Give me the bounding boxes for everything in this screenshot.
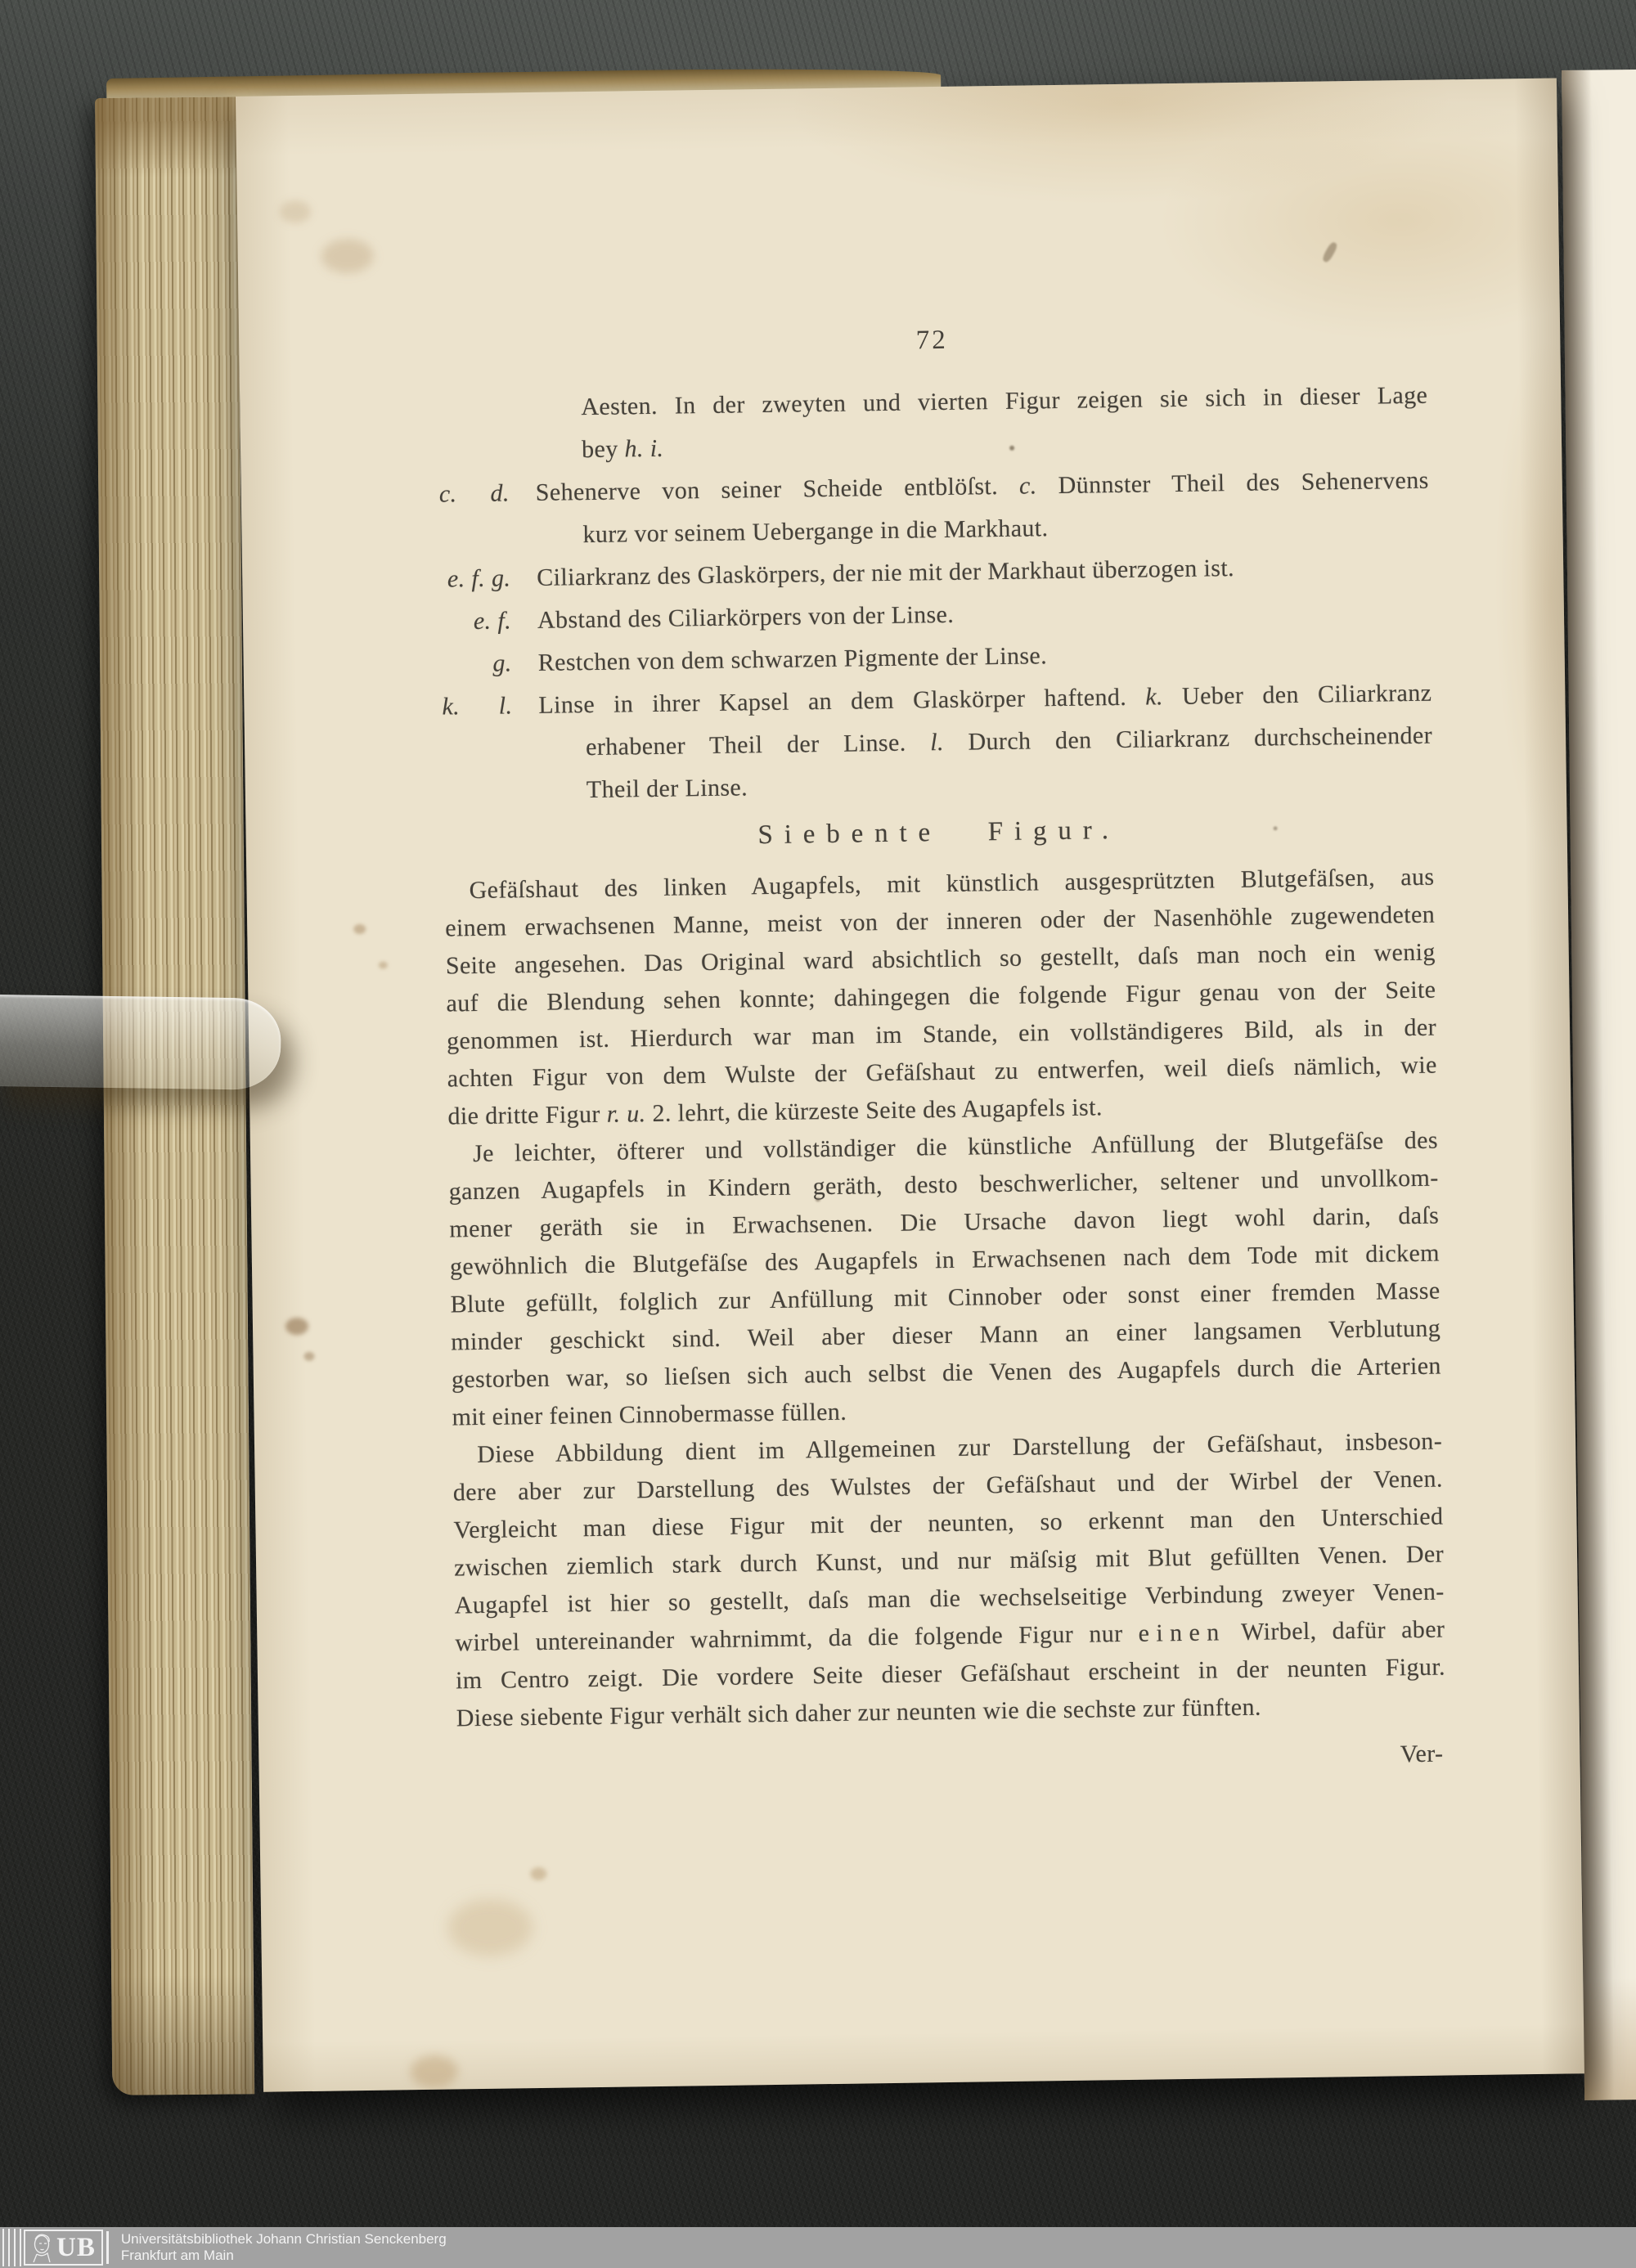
foxing-stain [379,962,388,969]
list-item-label: c. d. [438,472,510,515]
foxing-stain [530,1867,546,1880]
ub-logo-box: UB [24,2230,103,2266]
page-stack-fore-edge [95,97,254,2095]
goethe-portrait-icon [27,2231,56,2264]
foxing-stain [447,1898,533,1956]
paragraph: Je leichter, öfterer und vollständiger d… [448,1122,1442,1437]
page-number: 72 [437,319,1427,363]
book-scan-photo: 72 Aesten. In der zweyten und vierten Fi… [0,0,1636,2268]
paragraph: Gefäſshaut des linken Augapfels, mit kün… [444,859,1437,1136]
foxing-stain [303,1352,314,1361]
foxing-stain [410,2055,458,2088]
page-text-block: Aesten. In der zweyten und vierten Figur… [438,375,1447,1787]
ub-logo: UB [2,2229,109,2266]
page-holder-strip [0,995,281,1090]
paragraphs: Gefäſshaut des linken Augapfels, mit kün… [444,859,1446,1738]
figure-heading: Siebente Figur. [443,808,1433,858]
list-item-label: e. f. [441,600,512,643]
paragraph: Diese Abbildung dient im Allgemeinen zur… [452,1423,1446,1738]
ub-logo-text: UB [56,2233,96,2262]
list-item-label: e. f. g. [440,557,511,600]
library-watermark-bar: UB Universitätsbibliothek Johann Christi… [0,2227,1636,2268]
book-spine-lines-icon [2,2229,22,2266]
foxing-stain [285,1318,308,1335]
list-item: k. l.Linse in ihrer Kapsel an dem Glaskö… [442,672,1433,814]
catchword: Ver- [456,1736,1447,1787]
logo-divider [106,2231,109,2264]
list-item-label: k. l. [442,685,513,728]
foxing-stain [321,239,374,274]
list-item: c. d.Sehenerve von seiner Scheide entblö… [438,460,1429,559]
list-item-label: g. [441,642,512,685]
foxing-stain [280,200,311,224]
foxing-stain [1321,241,1338,264]
library-city: Frankfurt am Main [121,2248,447,2264]
list-item: Aesten. In der zweyten und vierten Figur… [438,375,1428,474]
library-name-text: Universitätsbibliothek Johann Christian … [121,2231,447,2264]
library-name: Universitätsbibliothek Johann Christian … [121,2231,447,2248]
book-page: 72 Aesten. In der zweyten und vierten Fi… [236,78,1584,2091]
foxing-stain [353,924,366,934]
figure-listing: Aesten. In der zweyten und vierten Figur… [438,375,1433,814]
